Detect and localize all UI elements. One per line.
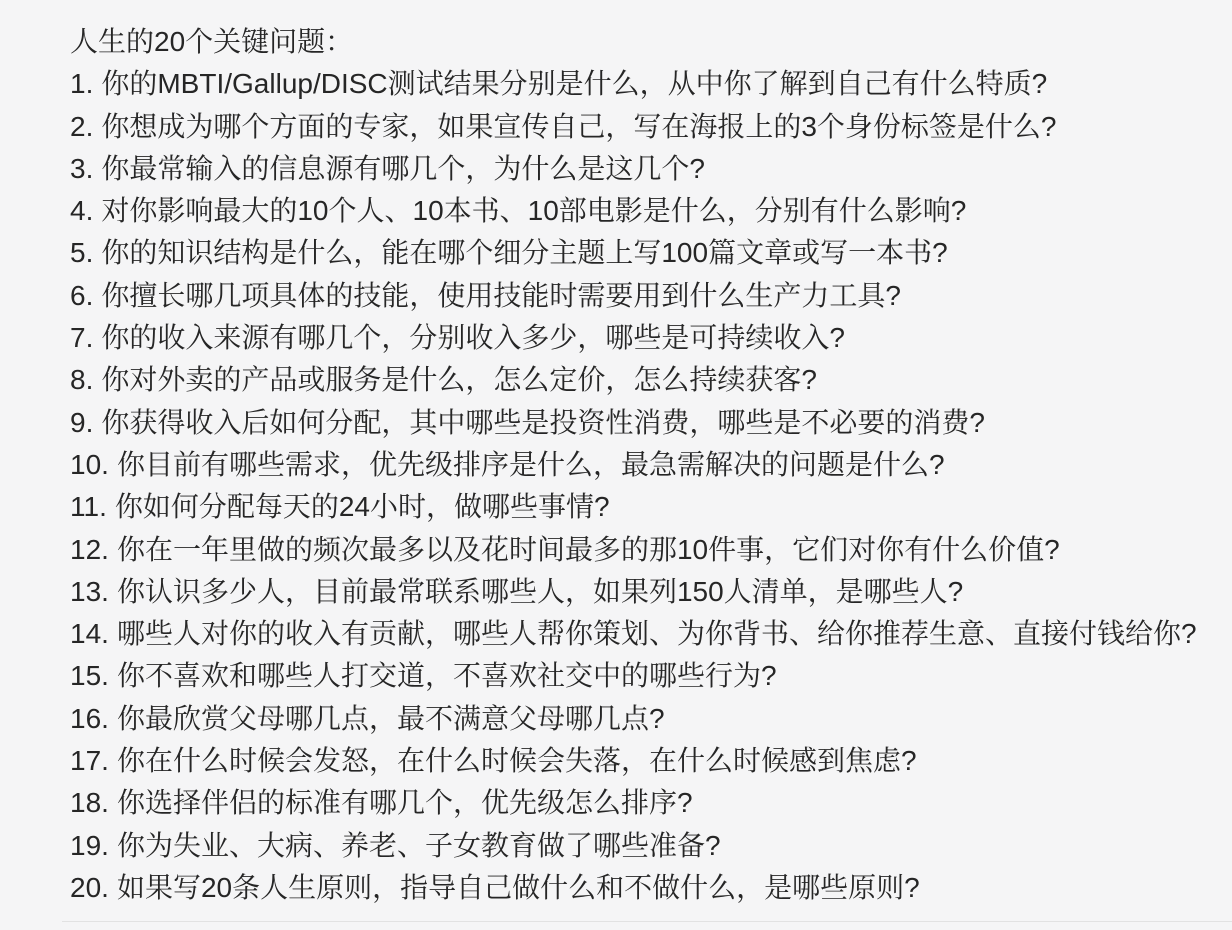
question-item: 7.你的收入来源有哪几个，分别收入多少，哪些是可持续收入? (70, 317, 1218, 359)
question-item: 3.你最常输入的信息源有哪几个，为什么是这几个? (70, 148, 1218, 190)
question-item: 6.你擅长哪几项具体的技能，使用技能时需要用到什么生产力工具? (70, 275, 1218, 317)
question-number: 2. (70, 106, 93, 148)
question-number: 11. (70, 486, 107, 528)
question-item: 17.你在什么时候会发怒，在什么时候会失落，在什么时候感到焦虑? (70, 740, 1218, 782)
question-item: 2.你想成为哪个方面的专家，如果宣传自己，写在海报上的3个身份标签是什么? (70, 106, 1218, 148)
question-number: 4. (70, 190, 93, 232)
question-number: 9. (70, 402, 93, 444)
question-number: 19. (70, 825, 109, 867)
question-number: 20. (70, 867, 109, 909)
question-text: 你目前有哪些需求，优先级排序是什么，最急需解决的问题是什么? (117, 449, 945, 480)
question-item: 10.你目前有哪些需求，优先级排序是什么，最急需解决的问题是什么? (70, 444, 1218, 486)
question-item: 12.你在一年里做的频次最多以及花时间最多的那10件事，它们对你有什么价值? (70, 529, 1218, 571)
question-text: 你如何分配每天的24小时，做哪些事情? (115, 491, 610, 522)
question-item: 19.你为失业、大病、养老、子女教育做了哪些准备? (70, 825, 1218, 867)
question-number: 1. (70, 63, 93, 105)
question-text: 你擅长哪几项具体的技能，使用技能时需要用到什么生产力工具? (101, 280, 901, 311)
question-number: 8. (70, 359, 93, 401)
question-text: 你不喜欢和哪些人打交道，不喜欢社交中的哪些行为? (117, 660, 777, 691)
question-text: 你认识多少人，目前最常联系哪些人，如果列150人清单，是哪些人? (117, 576, 963, 607)
question-item: 1.你的MBTI/Gallup/DISC测试结果分别是什么，从中你了解到自己有什… (70, 63, 1218, 105)
question-item: 8.你对外卖的产品或服务是什么，怎么定价，怎么持续获客? (70, 359, 1218, 401)
question-item: 5.你的知识结构是什么，能在哪个细分主题上写100篇文章或写一本书? (70, 232, 1218, 274)
questions-document: 人生的20个关键问题： 1.你的MBTI/Gallup/DISC测试结果分别是什… (0, 0, 1232, 909)
question-text: 你最欣赏父母哪几点，最不满意父母哪几点? (117, 703, 665, 734)
question-number: 13. (70, 571, 109, 613)
question-item: 16.你最欣赏父母哪几点，最不满意父母哪几点? (70, 698, 1218, 740)
question-text: 你想成为哪个方面的专家，如果宣传自己，写在海报上的3个身份标签是什么? (101, 111, 1056, 142)
question-item: 9.你获得收入后如何分配，其中哪些是投资性消费，哪些是不必要的消费? (70, 402, 1218, 444)
question-item: 13.你认识多少人，目前最常联系哪些人，如果列150人清单，是哪些人? (70, 571, 1218, 613)
question-text: 你在一年里做的频次最多以及花时间最多的那10件事，它们对你有什么价值? (117, 534, 1060, 565)
question-number: 12. (70, 529, 109, 571)
question-number: 6. (70, 275, 93, 317)
question-number: 18. (70, 782, 109, 824)
question-number: 14. (70, 613, 109, 655)
question-number: 15. (70, 655, 109, 697)
page-title: 人生的20个关键问题： (70, 21, 1218, 63)
question-text: 你最常输入的信息源有哪几个，为什么是这几个? (101, 153, 705, 184)
question-text: 你获得收入后如何分配，其中哪些是投资性消费，哪些是不必要的消费? (101, 407, 985, 438)
question-item: 15.你不喜欢和哪些人打交道，不喜欢社交中的哪些行为? (70, 655, 1218, 697)
question-item: 20.如果写20条人生原则，指导自己做什么和不做什么，是哪些原则? (70, 867, 1218, 909)
question-text: 你的知识结构是什么，能在哪个细分主题上写100篇文章或写一本书? (101, 237, 947, 268)
question-item: 4.对你影响最大的10个人、10本书、10部电影是什么，分别有什么影响? (70, 190, 1218, 232)
bottom-divider (62, 921, 1232, 922)
question-text: 你的MBTI/Gallup/DISC测试结果分别是什么，从中你了解到自己有什么特… (101, 68, 1047, 99)
question-item: 11.你如何分配每天的24小时，做哪些事情? (70, 486, 1218, 528)
question-text: 你为失业、大病、养老、子女教育做了哪些准备? (117, 830, 721, 861)
question-text: 哪些人对你的收入有贡献，哪些人帮你策划、为你背书、给你推荐生意、直接付钱给你? (117, 618, 1197, 649)
question-number: 10. (70, 444, 109, 486)
question-text: 你对外卖的产品或服务是什么，怎么定价，怎么持续获客? (101, 364, 817, 395)
question-number: 17. (70, 740, 109, 782)
question-number: 3. (70, 148, 93, 190)
question-number: 5. (70, 232, 93, 274)
question-text: 如果写20条人生原则，指导自己做什么和不做什么，是哪些原则? (117, 872, 920, 903)
question-item: 14.哪些人对你的收入有贡献，哪些人帮你策划、为你背书、给你推荐生意、直接付钱给… (70, 613, 1218, 655)
question-number: 16. (70, 698, 109, 740)
question-text: 你选择伴侣的标准有哪几个，优先级怎么排序? (117, 787, 693, 818)
question-text: 你在什么时候会发怒，在什么时候会失落，在什么时候感到焦虑? (117, 745, 917, 776)
question-text: 对你影响最大的10个人、10本书、10部电影是什么，分别有什么影响? (101, 195, 966, 226)
question-text: 你的收入来源有哪几个，分别收入多少，哪些是可持续收入? (101, 322, 845, 353)
question-number: 7. (70, 317, 93, 359)
question-item: 18.你选择伴侣的标准有哪几个，优先级怎么排序? (70, 782, 1218, 824)
